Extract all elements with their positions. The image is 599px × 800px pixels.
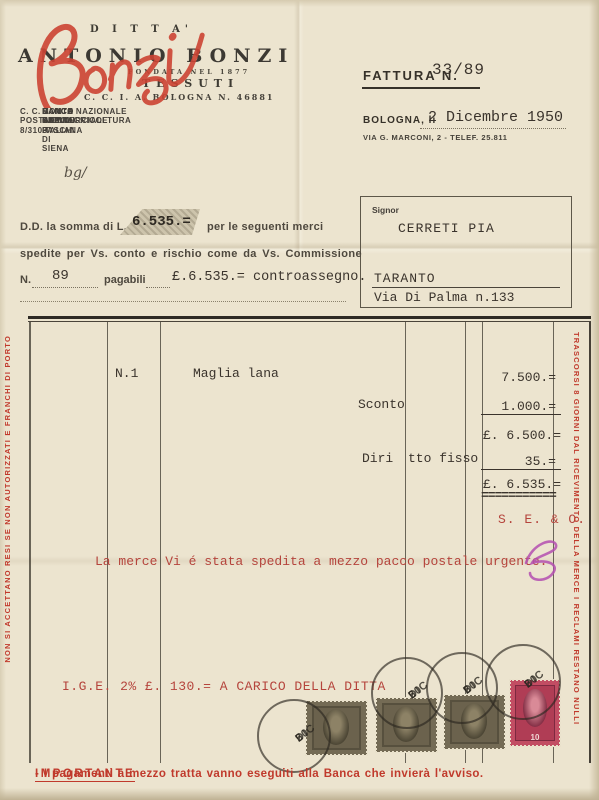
terms-line2: spedite per Vs. conto e rischio come da … — [20, 248, 362, 260]
discount-amount: 1.000.= — [460, 399, 556, 414]
bank-item: BANCA SICILIA — [42, 107, 74, 126]
city-date-label: BOLOGNA, li — [363, 115, 436, 126]
recipient-name: CERRETI PIA — [398, 221, 495, 236]
importante-text: - I pagamenti a mezzo tratta vanno esegu… — [35, 768, 483, 780]
date-dotted-line — [420, 128, 566, 129]
commission-number-dotted-line — [32, 287, 98, 288]
stamp-value: 10 — [510, 733, 560, 742]
table-top-rule-thin — [28, 321, 591, 322]
paper-edge-bottom — [0, 788, 599, 800]
table-column-line — [160, 322, 161, 763]
paper-fold-vertical — [294, 0, 304, 255]
fixed-fee-amount: 35.= — [460, 454, 556, 469]
subtotal-amount: £. 6.500.= — [483, 428, 561, 443]
recipient-salutation: Signor — [372, 205, 399, 215]
amount-highlight-value: 6.535.= — [132, 214, 191, 230]
terms-line1-pre: D.D. la somma di L. — [20, 221, 127, 233]
postmark-circle: 2 DIC 50 — [257, 699, 331, 773]
table-column-line — [107, 322, 108, 763]
bonzi-signature-script — [28, 12, 238, 108]
table-top-rule-thick — [28, 316, 591, 319]
company-address-line: VIA G. MARCONI, 2 - TELEF. 25.811 — [363, 133, 508, 142]
discount-label: Sconto — [358, 397, 405, 412]
paper-edge-top — [0, 0, 599, 7]
payable-value: £.6.535.= controassegno. — [172, 270, 366, 285]
total-double-rule: =========== — [481, 488, 556, 503]
item-quantity: N.1 — [115, 366, 138, 381]
table-right-border — [589, 322, 591, 763]
payable-dotted-line — [146, 287, 170, 288]
item-amount: 7.500.= — [460, 370, 556, 385]
terms-line1-post: per le seguenti merci — [207, 221, 323, 233]
total-rule — [481, 469, 561, 470]
subtotal-rule — [481, 414, 561, 415]
payable-label: pagabili — [104, 274, 146, 286]
recipient-city-underline — [372, 287, 560, 288]
recipient-city: TARANTO — [374, 271, 436, 286]
tax-note: I.G.E. 2% £. 130.= A CARICO DELLA DITTA — [62, 679, 386, 694]
recipient-street: Via Di Palma n.133 — [374, 290, 514, 305]
fixed-fee-label-part1: Diri — [362, 451, 393, 466]
shipping-note: La merce Vi é stata spedita a mezzo pacc… — [95, 554, 547, 569]
clerk-reference: bg/ — [64, 165, 87, 181]
commission-number-label: N. — [20, 274, 31, 286]
invoice-number-value: 33/89 — [432, 61, 485, 79]
commission-number-value: 89 — [52, 268, 69, 284]
pen-scribble-mark — [518, 533, 566, 581]
postmark-circle: 2 DIC 50 — [485, 644, 561, 720]
item-description: Maglia lana — [193, 366, 279, 381]
separator-dotted-line — [20, 301, 346, 302]
left-margin-note: NON SI ACCETTANO RESI SE NON AUTORIZZATI… — [3, 335, 12, 663]
invoice-date-value: 2 Dicembre 1950 — [428, 109, 563, 126]
invoice-document: D I T T A' ANTONIO BONZI FONDATA NEL 187… — [0, 0, 599, 800]
invoice-number-underline — [362, 87, 480, 89]
right-margin-note: TRASCORSI 8 GIORNI DAL RICEVIMENTO DELLA… — [572, 332, 581, 725]
table-left-border — [29, 322, 31, 763]
